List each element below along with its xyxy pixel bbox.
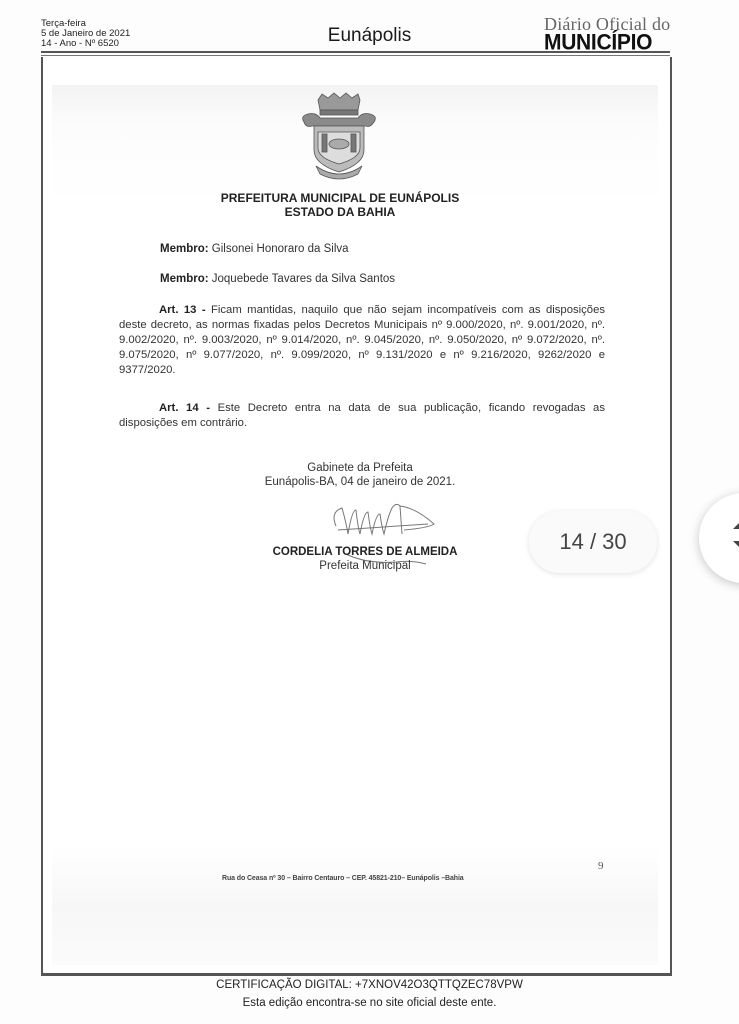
document-heading: PREFEITURA MUNICIPAL DE EUNÁPOLIS ESTADO… [0, 191, 680, 219]
header-rule-thin [41, 55, 670, 56]
member-label: Membro: [160, 273, 209, 285]
member-entry: Membro: Gilsonei Honoraro da Silva [160, 243, 349, 255]
member-entry: Membro: Joquebede Tavares da Silva Santo… [160, 273, 395, 285]
header-rule [41, 51, 670, 53]
address-line: Rua do Ceasa nº 30 – Bairro Centauro – C… [222, 875, 464, 882]
article-label: Art. 14 - [159, 402, 210, 414]
scanned-page-number: 9 [598, 860, 604, 872]
scroll-up-arrow-icon [733, 521, 739, 529]
footer-rule [41, 974, 672, 976]
heading-line-1: PREFEITURA MUNICIPAL DE EUNÁPOLIS [0, 191, 680, 205]
office-line: Gabinete da Prefeita [0, 461, 720, 475]
place-date: Eunápolis-BA, 04 de janeiro de 2021. [0, 475, 720, 489]
heading-line-2: ESTADO DA BAHIA [0, 205, 680, 219]
scroll-down-arrow-icon [733, 541, 739, 549]
member-name: Gilsonei Honoraro da Silva [212, 243, 349, 255]
page-indicator: 14 / 30 [529, 511, 657, 573]
gazette-logo: Diário Oficial do MUNICÍPIO [544, 15, 670, 53]
member-label: Membro: [160, 243, 209, 255]
article-14: Art. 14 - Este Decreto entra na data de … [119, 401, 605, 431]
municipal-crest-icon [296, 92, 380, 182]
member-name: Joquebede Tavares da Silva Santos [212, 273, 395, 285]
article-13: Art. 13 - Ficam mantidas, naquilo que nã… [119, 303, 605, 378]
digital-certification: CERTIFICAÇÃO DIGITAL: +7XNOV42O3QTTQZEC7… [0, 979, 739, 991]
site-note: Esta edição encontra-se no site oficial … [0, 997, 739, 1009]
article-label: Art. 13 - [159, 304, 206, 316]
